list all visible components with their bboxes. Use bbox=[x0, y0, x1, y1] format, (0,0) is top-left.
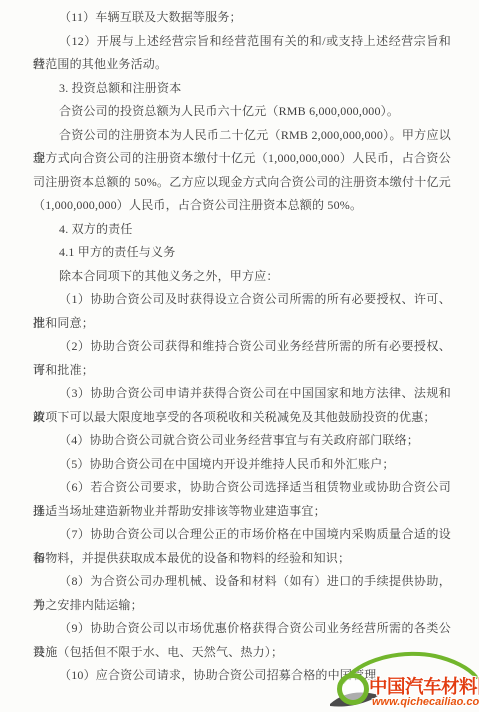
document-line: 除本合同项下的其他义务之外，甲方应： bbox=[33, 265, 451, 289]
document-line: 可和批准； bbox=[33, 359, 451, 383]
document-line: 合资公司的注册资本为人民币二十亿元（RMB 2,000,000,000）。甲方应… bbox=[33, 124, 451, 148]
document-line: （3）协助合资公司申请并获得合资公司在中国国家和地方法律、法规和政 bbox=[33, 382, 451, 406]
document-line: 3. 投资总额和注册资本 bbox=[33, 77, 451, 101]
document-line: 和物料，并提供获取成本最优的设备和物料的经验和知识； bbox=[33, 547, 451, 571]
document-line: 合资公司的投资总额为人民币六十亿元（RMB 6,000,000,000）。 bbox=[33, 100, 451, 124]
document-line: 4.1 甲方的责任与义务 bbox=[33, 241, 451, 265]
document-body: （11）车辆互联及大数据等服务；（12）开展与上述经营宗旨和经营范围有关的和/或… bbox=[33, 6, 451, 688]
document-line: 设施（包括但不限于水、电、天然气、热力）； bbox=[33, 641, 451, 665]
document-line: （2）协助合资公司获得和维持合资公司业务经营所需的所有必要授权、许 bbox=[33, 335, 451, 359]
document-line: 金方式向合资公司的注册资本缴付十亿元（1,000,000,000）人民币，占合资… bbox=[33, 147, 451, 171]
document-line: 准和同意； bbox=[33, 312, 451, 336]
document-line: 为之安排内陆运输； bbox=[33, 594, 451, 618]
document-line: （9）协助合资公司以市场优惠价格获得合资公司业务经营所需的各类公共 bbox=[33, 617, 451, 641]
document-page: （11）车辆互联及大数据等服务；（12）开展与上述经营宗旨和经营范围有关的和/或… bbox=[0, 0, 479, 712]
document-line: 策项下可以最大限度地享受的各项税收和关税减免及其他鼓励投资的优惠； bbox=[33, 406, 451, 430]
document-line: （11）车辆互联及大数据等服务； bbox=[33, 6, 451, 30]
document-line: （8）为合资公司办理机械、设备和材料（如有）进口的手续提供协助，并 bbox=[33, 570, 451, 594]
document-line: 择适当场址建造新物业并帮助安排该等物业建造事宜； bbox=[33, 500, 451, 524]
document-line: （7）协助合资公司以合理公正的市场价格在中国境内采购质量合适的设备 bbox=[33, 523, 451, 547]
document-line: 司注册资本总额的 50%。乙方应以现金方式向合资公司的注册资本缴付十亿元 bbox=[33, 171, 451, 195]
document-line: （4）协助合资公司就合资公司业务经营事宜与有关政府部门联络； bbox=[33, 429, 451, 453]
document-line: （1）协助合资公司及时获得设立合资公司所需的所有必要授权、许可、批 bbox=[33, 288, 451, 312]
document-line: （6）若合资公司要求，协助合资公司选择适当租赁物业或协助合资公司选 bbox=[33, 476, 451, 500]
document-line: 营范围的其他业务活动。 bbox=[33, 53, 451, 77]
document-line: （1,000,000,000）人民币，占合资公司注册资本总额的 50%。 bbox=[33, 194, 451, 218]
watermark-site-url: www.qichecailiao.com bbox=[372, 696, 479, 708]
document-line: （10）应合资公司请求，协助合资公司招募合格的中国管理 bbox=[33, 664, 451, 688]
document-line: （5）协助合资公司在中国境内开设并维持人民币和外汇账户； bbox=[33, 453, 451, 477]
document-line: （12）开展与上述经营宗旨和经营范围有关的和/或支持上述经营宗旨和经 bbox=[33, 30, 451, 54]
road-swoosh-icon bbox=[330, 692, 379, 706]
document-line: 4. 双方的责任 bbox=[33, 218, 451, 242]
